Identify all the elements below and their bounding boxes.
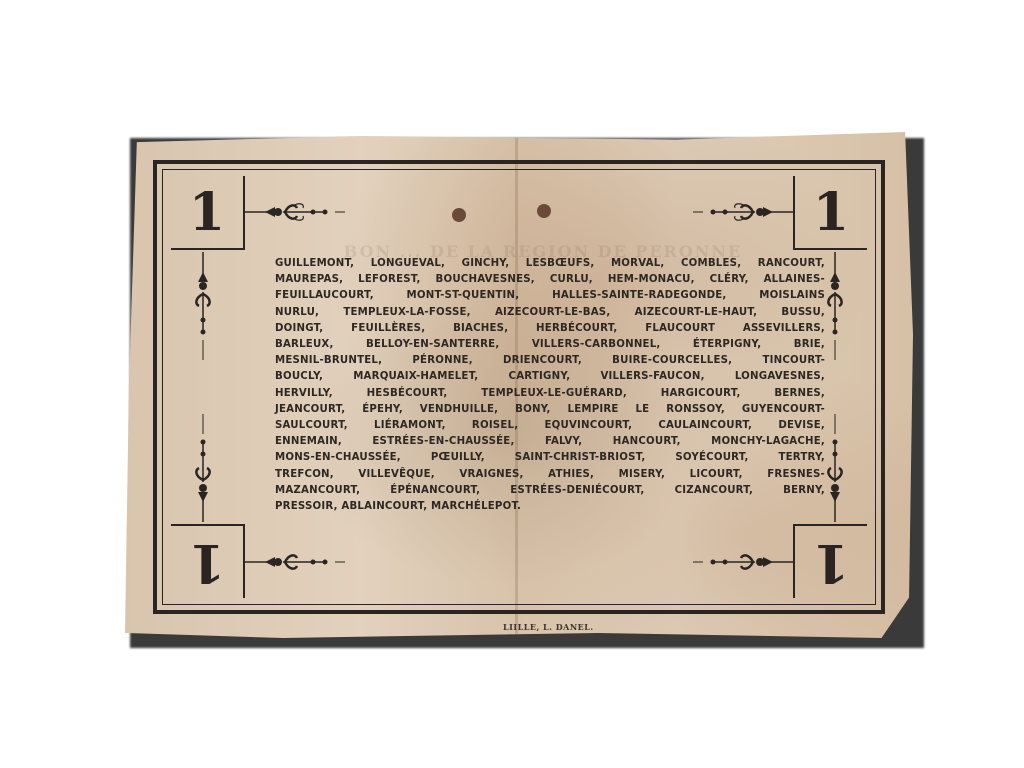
fleuron-ornament-icon bbox=[823, 412, 847, 522]
communes-line: BARLEUX, BELLOY-EN-SANTERRE, VILLERS-CAR… bbox=[275, 337, 825, 353]
communes-line: HERVILLY, HESBÉCOURT, TEMPLEUX-LE-GUÉRAR… bbox=[275, 386, 825, 402]
outer-border: 1 1 1 1 bbox=[153, 160, 885, 614]
fleuron-ornament-icon bbox=[683, 550, 793, 574]
communes-line: FEUILLAUCOURT, MONT-ST-QUENTIN, HALLES-S… bbox=[275, 288, 825, 304]
communes-line: MAUREPAS, LEFOREST, BOUCHAVESNES, CURLU,… bbox=[275, 272, 825, 288]
denomination-box-bottom-right: 1 bbox=[793, 524, 867, 598]
denomination-box-top-right: 1 bbox=[793, 176, 867, 250]
printer-imprint: LIILLE, L. DANEL. bbox=[503, 622, 594, 632]
denomination-box-top-left: 1 bbox=[171, 176, 245, 250]
communes-line: BOUCLY, MARQUAIX-HAMELET, CARTIGNY, VILL… bbox=[275, 369, 825, 385]
denomination-numeral: 1 bbox=[189, 532, 225, 593]
denomination-box-bottom-left: 1 bbox=[171, 524, 245, 598]
fleuron-ornament-icon bbox=[191, 412, 215, 522]
communes-list: GUILLEMONT, LONGUEVAL, GINCHY, LESBŒUFS,… bbox=[275, 256, 825, 515]
communes-line: MAZANCOURT, ÉPÉNANCOURT, ESTRÉES-DENIÉCO… bbox=[275, 483, 825, 499]
denomination-numeral: 1 bbox=[813, 532, 849, 593]
inner-border: 1 1 1 1 bbox=[162, 169, 876, 605]
fleuron-ornament-icon bbox=[245, 550, 355, 574]
communes-line: PRESSOIR, ABLAINCOURT, MARCHÉLEPOT. bbox=[275, 499, 825, 515]
denomination-numeral: 1 bbox=[813, 182, 849, 243]
communes-line: TREFCON, VILLEVÊQUE, VRAIGNES, ATHIES, M… bbox=[275, 467, 825, 483]
communes-line: SAULCOURT, LIÉRAMONT, ROISEL, EQUVINCOUR… bbox=[275, 418, 825, 434]
fleuron-ornament-icon bbox=[683, 200, 793, 224]
fleuron-ornament-icon bbox=[191, 252, 215, 362]
communes-line: ENNEMAIN, ESTRÉES-EN-CHAUSSÉE, FALVY, HA… bbox=[275, 434, 825, 450]
communes-line: DOINGT, FEUILLÈRES, BIACHES, HERBÉCOURT,… bbox=[275, 321, 825, 337]
communes-line: MONS-EN-CHAUSSÉE, PŒUILLY, SAINT-CHRIST-… bbox=[275, 450, 825, 466]
denomination-numeral: 1 bbox=[189, 182, 225, 243]
communes-line: NURLU, TEMPLEUX-LA-FOSSE, AIZECOURT-LE-B… bbox=[275, 305, 825, 321]
banknote: 1 1 1 1 bbox=[125, 132, 913, 638]
communes-line: MESNIL-BRUNTEL, PÉRONNE, DRIENCOURT, BUI… bbox=[275, 353, 825, 369]
communes-line: JEANCOURT, ÉPEHY, VENDHUILLE, BONY, LEMP… bbox=[275, 402, 825, 418]
fleuron-ornament-icon bbox=[823, 252, 847, 362]
communes-line: GUILLEMONT, LONGUEVAL, GINCHY, LESBŒUFS,… bbox=[275, 256, 825, 272]
fleuron-ornament-icon bbox=[245, 200, 355, 224]
